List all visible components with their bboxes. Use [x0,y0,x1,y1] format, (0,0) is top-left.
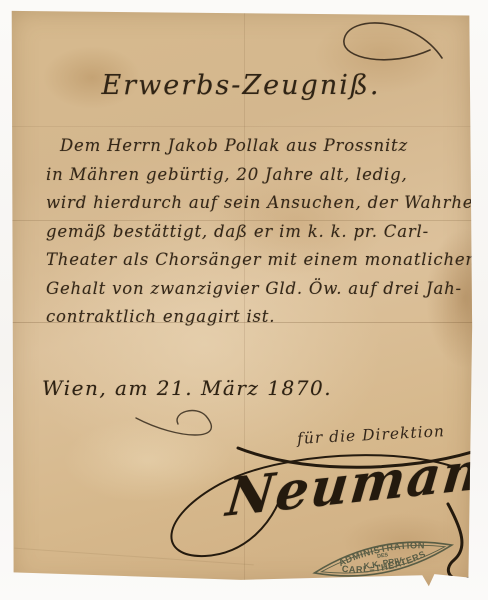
body-line: Theater als Chorsänger mit einem monatli… [46,246,466,275]
body-line: gemäß bestättigt, daß er im k. k. pr. Ca… [46,218,466,247]
body-line: Gehalt von zwanzigvier Gld. Öw. auf drei… [46,275,466,304]
body-line: contraktlich engagirt ist. [46,303,466,332]
document-body: Dem Herrn Jakob Pollak aus Prossnitz in … [46,132,466,332]
fold-crease-top [8,126,474,127]
aged-paper-sheet: Erwerbs-Zeugniß. Dem Herrn Jakob Pollak … [8,8,474,588]
pen-flourish-swash [330,12,450,74]
body-line: in Mähren gebürtig, 20 Jahre alt, ledig, [46,161,466,190]
body-line: Dem Herrn Jakob Pollak aus Prossnitz [46,132,466,161]
document-title: Erwerbs-Zeugniß. [8,70,474,101]
dateline: Wien, am 21. März 1870. [42,376,332,400]
body-line: wird hierdurch auf sein Ansuchen, der Wa… [46,189,466,218]
scanned-document-photo: { "document": { "title": "Erwerbs-Zeugni… [0,0,488,600]
